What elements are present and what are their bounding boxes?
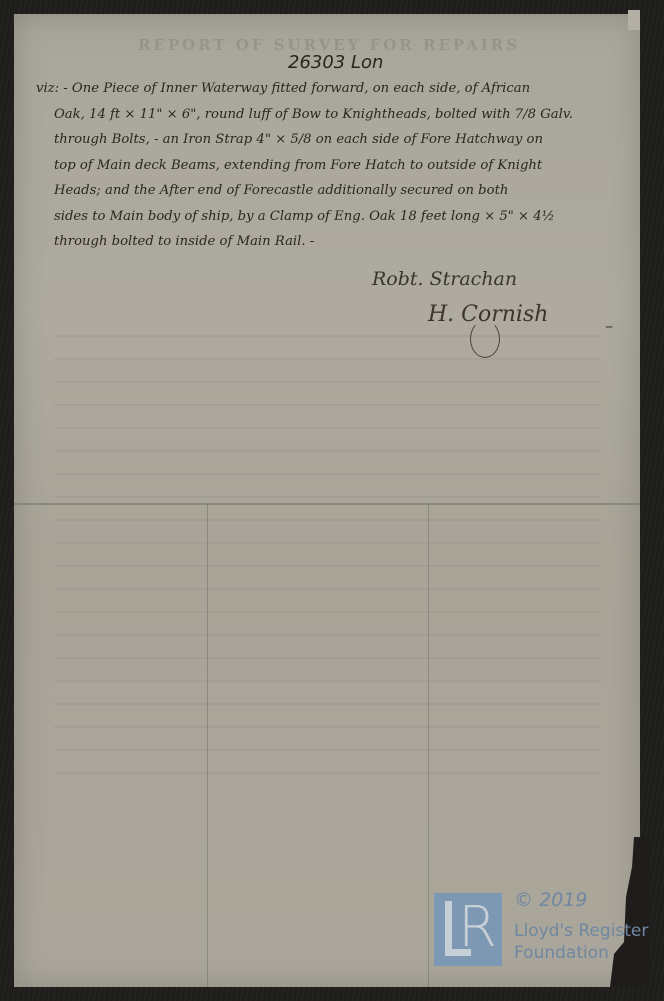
reference-number: 26303 Lon xyxy=(288,52,383,73)
watermark-organization: Lloyd's Register xyxy=(514,921,648,941)
watermark-organization-line2: Foundation xyxy=(514,943,609,963)
signature-flourish xyxy=(470,320,500,358)
paper-corner xyxy=(628,10,640,30)
bleed-through-text xyxy=(54,314,600,774)
vertical-fold-line-right xyxy=(428,503,429,987)
body-line: viz: - One Piece of Inner Waterway fitte… xyxy=(36,76,616,102)
body-line: through bolted to inside of Main Rail. - xyxy=(36,229,616,255)
body-line: Heads; and the After end of Forecastle a… xyxy=(36,178,616,204)
body-line: Oak, 14 ft × 11" × 6", round luff of Bow… xyxy=(36,102,616,128)
body-line: through Bolts, - an Iron Strap 4" × 5/8 … xyxy=(36,127,616,153)
vertical-fold-line-left xyxy=(207,503,208,987)
body-line: sides to Main body of ship, by a Clamp o… xyxy=(36,204,616,230)
watermark-copyright: © 2019 xyxy=(514,889,587,911)
body-line: top of Main deck Beams, extending from F… xyxy=(36,153,616,179)
watermark: R © 2019 Lloyd's Register Foundation xyxy=(434,893,664,967)
signature-dash: – xyxy=(605,316,613,335)
signature-strachan: Robt. Strachan xyxy=(372,268,517,290)
horizontal-fold-line xyxy=(14,503,640,505)
lr-logo-icon: R xyxy=(434,893,502,966)
handwritten-body: viz: - One Piece of Inner Waterway fitte… xyxy=(36,76,616,255)
